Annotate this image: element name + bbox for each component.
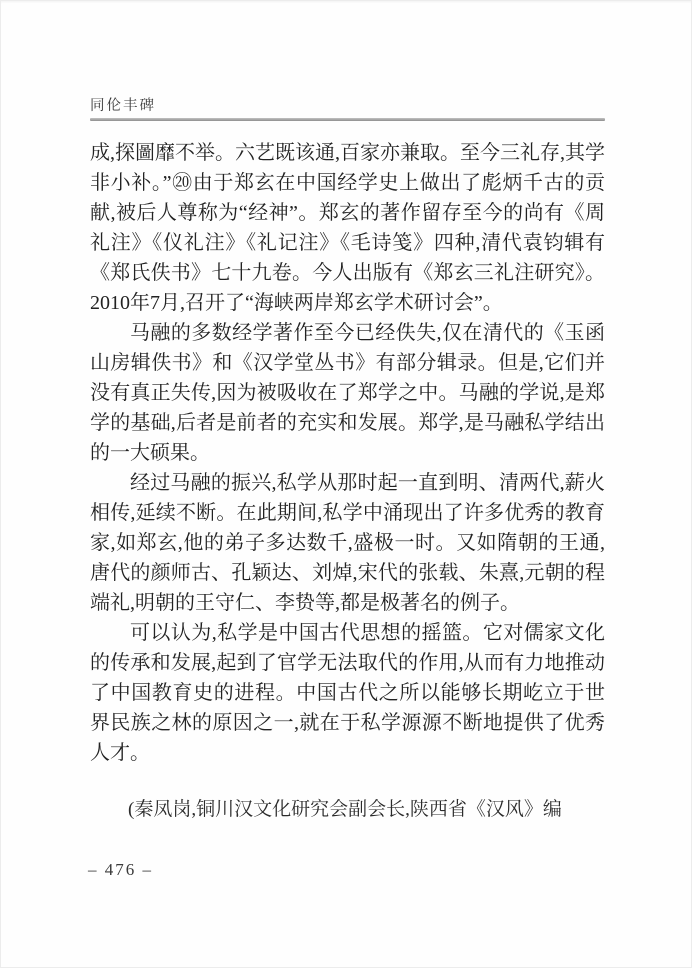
paragraph: 经过马融的振兴,私学从那时起一直到明、清两代,薪火相传,延续不断。在此期间,私学… — [90, 468, 605, 618]
author-attribution: (秦凤岗,铜川汉文化研究会副会长,陕西省《汉风》编 — [90, 795, 605, 825]
running-title: 同伦丰碑 — [90, 94, 605, 115]
header-rule — [90, 118, 605, 121]
paragraph: 可以认为,私学是中国古代思想的摇篮。它对儒家文化的传承和发展,起到了官学无法取代… — [90, 618, 605, 768]
paragraph-continuation: 成,探圖靡不举。六艺既该通,百家亦兼取。至今三礼存,其学非小补。”⑳由于郑玄在中… — [90, 138, 605, 318]
body-text: 成,探圖靡不举。六艺既该通,百家亦兼取。至今三礼存,其学非小补。”⑳由于郑玄在中… — [90, 138, 605, 825]
book-page: 同伦丰碑 成,探圖靡不举。六艺既该通,百家亦兼取。至今三礼存,其学非小补。”⑳由… — [0, 0, 692, 968]
page-number: – 476 – — [88, 860, 153, 880]
paragraph: 马融的多数经学著作至今已经佚失,仅在清代的《玉函山房辑佚书》和《汉学堂丛书》有部… — [90, 318, 605, 468]
